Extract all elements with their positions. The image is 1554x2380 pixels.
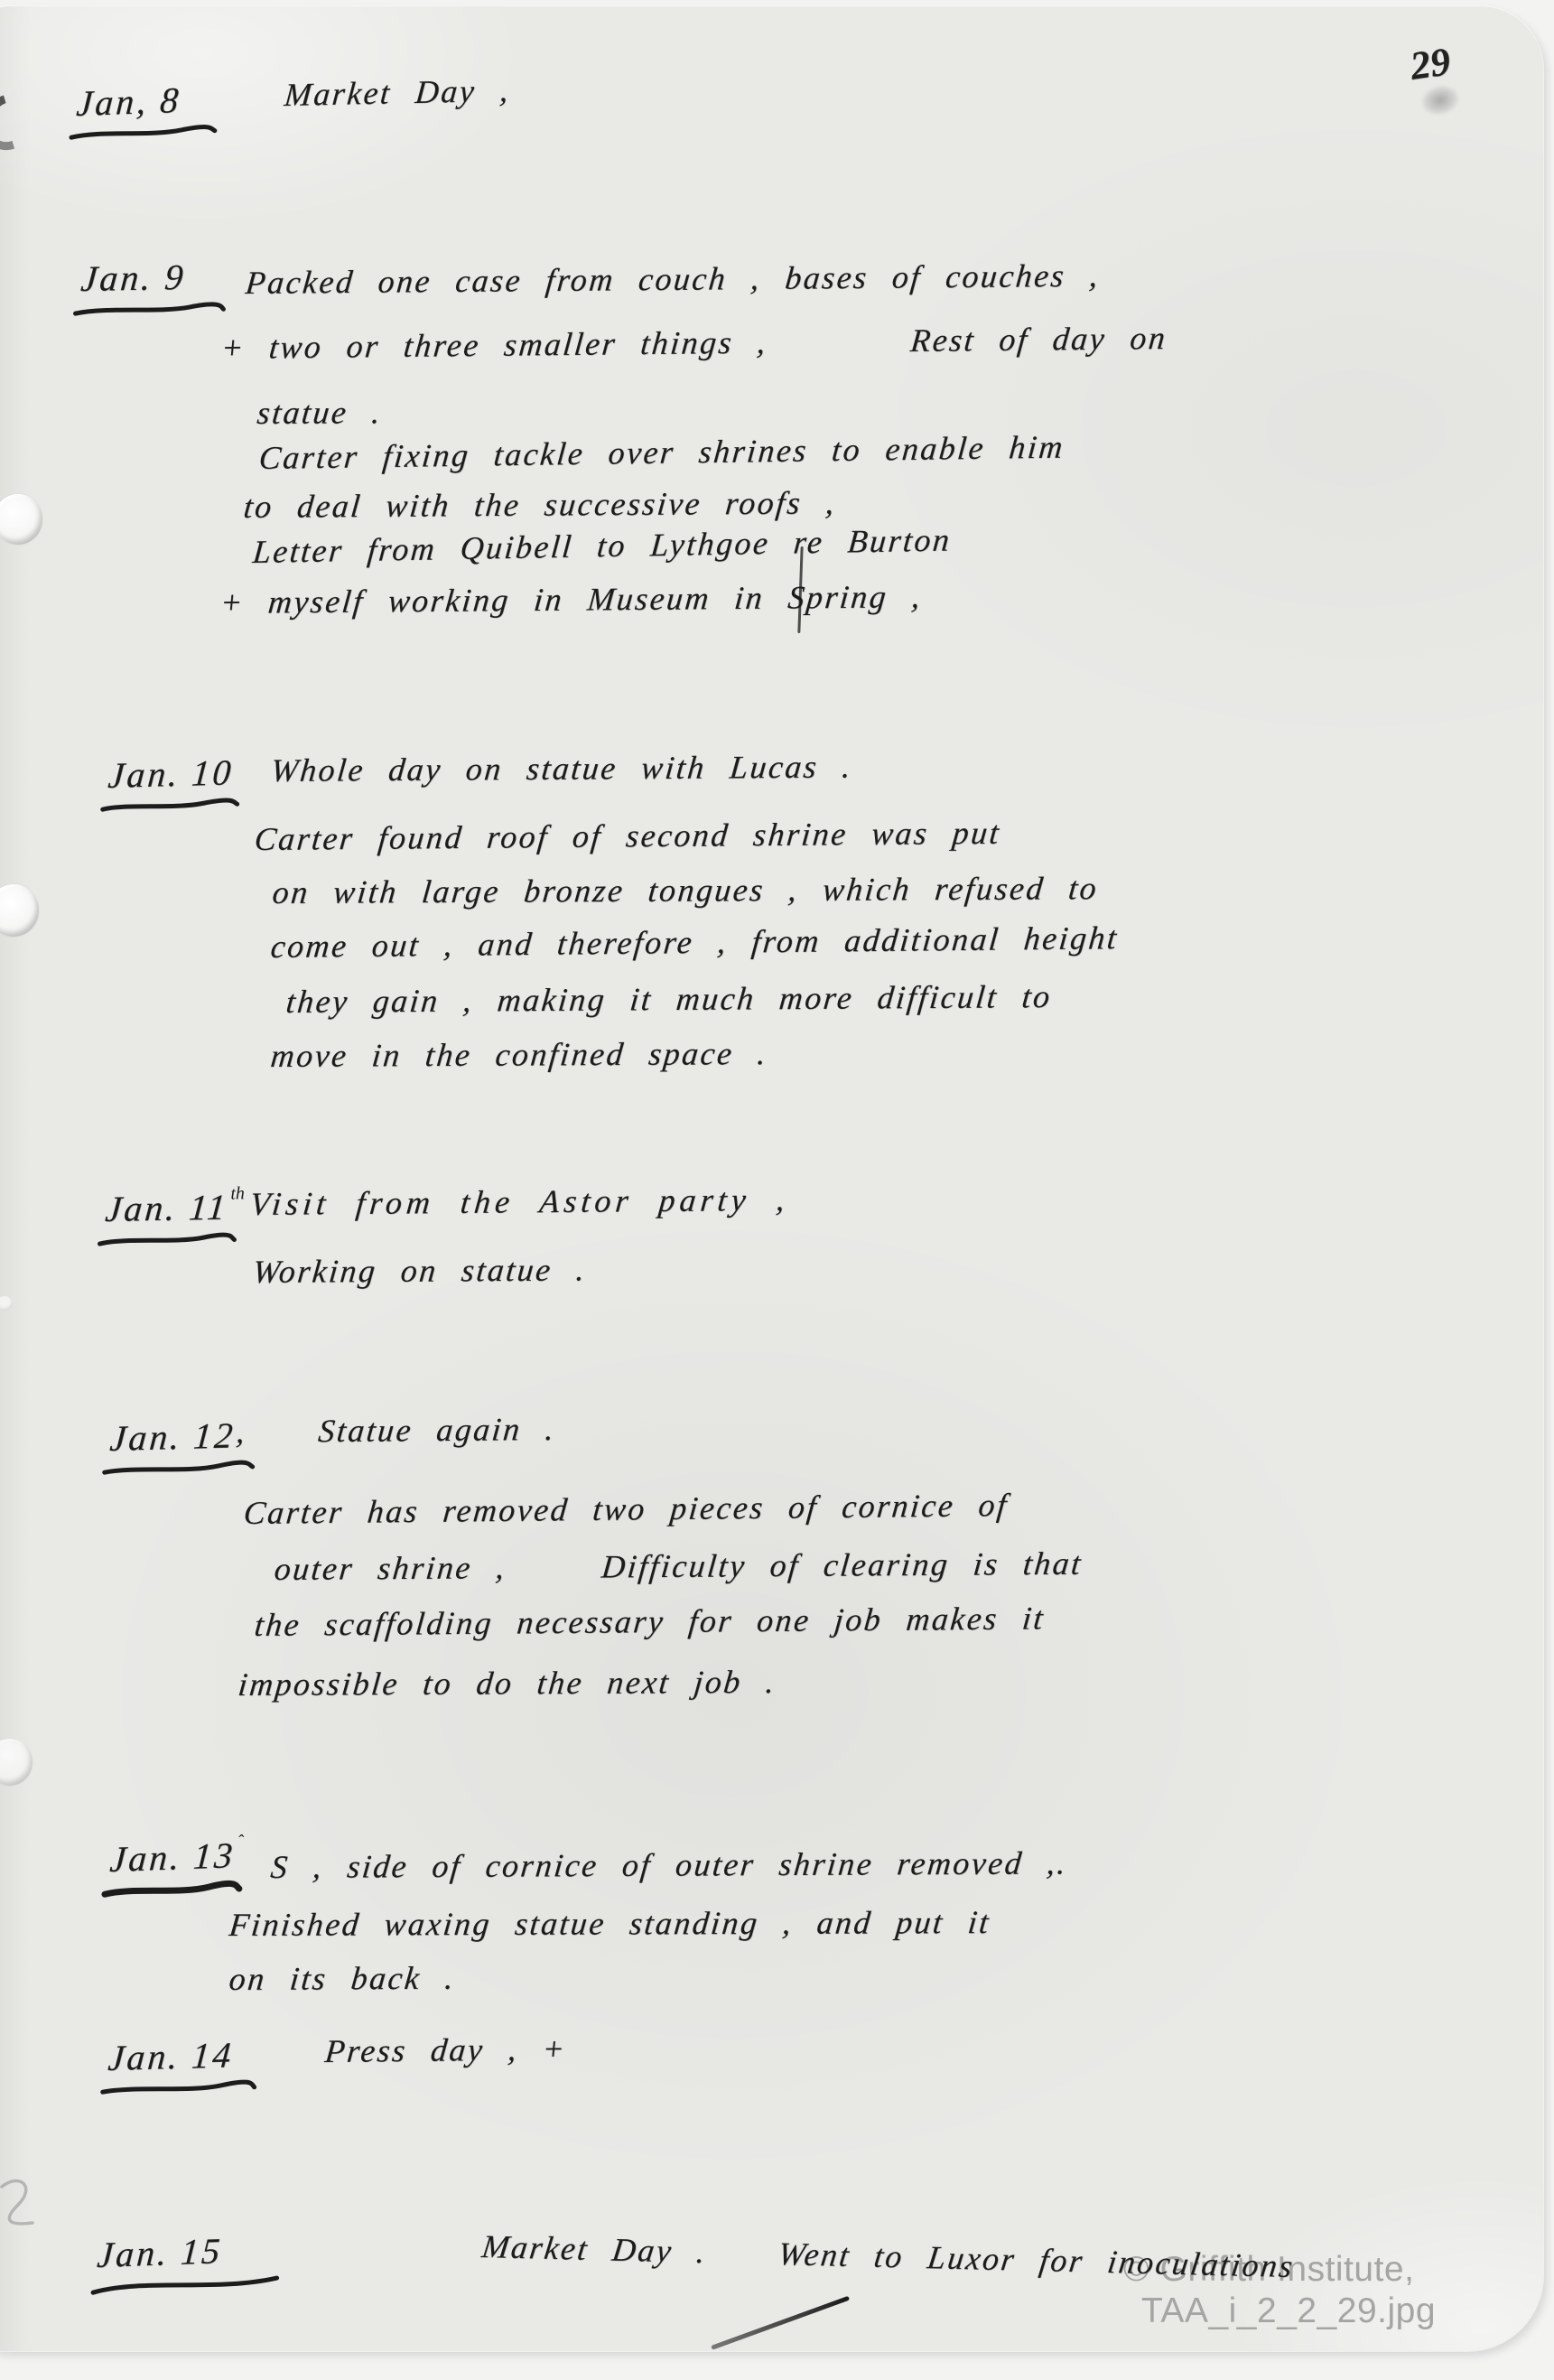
- handwritten-line: S , side of cornice of outer shrine remo…: [269, 1846, 1069, 1883]
- diary-entry-jan-9: Jan. 9 Packed one case from couch , base…: [0, 6, 1543, 2351]
- handwritten-line: move in the confined space .: [269, 1037, 769, 1072]
- handwritten-line: outer shrine , Difficulty of clearing is…: [273, 1547, 1084, 1585]
- entry-date: Jan, 8: [76, 78, 218, 141]
- handwritten-line: Letter from Quibell to Lythgoe re Burton: [251, 524, 953, 568]
- entry-date: Jan. 13ˆ: [109, 1834, 243, 1899]
- page-number: 29: [1408, 38, 1454, 89]
- handwritten-line: + myself working in Museum in Spring ,: [219, 580, 924, 619]
- handwritten-line: + two or three smaller things , Rest of …: [219, 322, 1168, 364]
- diary-entry-jan-15: Jan. 15 Market Day . Went to Luxor for i…: [0, 6, 1543, 2351]
- handwritten-line: Carter found roof of second shrine was p…: [253, 817, 1002, 855]
- diary-entry-jan-12: Jan. 12 , Statue again . Carter has remo…: [0, 6, 1543, 2351]
- hand-underline: [101, 1460, 255, 1476]
- diary-entry-jan-13: Jan. 13ˆ S , side of cornice of outer sh…: [0, 6, 1543, 2351]
- handwritten-line: statue .: [256, 396, 384, 429]
- pen-stroke: [797, 546, 803, 633]
- hand-underline: [69, 124, 218, 142]
- entry-date: Jan. 10: [107, 751, 240, 813]
- handwritten-line: Market Day ,: [283, 74, 511, 111]
- diary-entry-jan-14: Jan. 14 Press day , +: [0, 6, 1543, 2351]
- handwriting-layer: 29 Jan, 8 Market Day , Jan. 9 Packed one…: [0, 6, 1543, 2351]
- hand-underline: [72, 301, 226, 316]
- entry-date: Jan. 11th: [105, 1185, 242, 1246]
- diary-entry-jan-8: Jan, 8 Market Day ,: [0, 6, 1543, 2351]
- handwritten-line: Packed one case from couch , bases of co…: [244, 259, 1102, 299]
- pencil-mark: [0, 2172, 42, 2240]
- handwritten-line: Finished waxing statue standing , and pu…: [228, 1906, 992, 1941]
- entry-date: Jan. 9: [80, 255, 226, 316]
- handwritten-line: Press day , +: [323, 2032, 568, 2067]
- hand-underline: [97, 1231, 237, 1246]
- handwritten-line: they gain , making it much more difficul…: [284, 980, 1053, 1018]
- handwritten-line: Working on statue .: [251, 1253, 588, 1288]
- entry-date: Jan. 12: [109, 1414, 256, 1476]
- hand-underline: [99, 2079, 257, 2096]
- hand-underline: [99, 797, 239, 813]
- diary-entry-jan-11: Jan. 11th Visit from the Astor party , W…: [0, 6, 1543, 2351]
- handwritten-line: Market Day . Went to Luxor for inoculati…: [480, 2230, 1297, 2282]
- handwritten-line: Carter has removed two pieces of cornice…: [242, 1489, 1010, 1529]
- handwritten-line: on with large bronze tongues , which ref…: [271, 872, 1100, 909]
- handwritten-line: Whole day on statue with Lucas .: [269, 751, 854, 787]
- handwritten-line: to deal with the successive roofs ,: [242, 486, 838, 523]
- scanned-diary-page: © Griffith Institute, TAA_i_2_2_29.jpg 2…: [0, 6, 1543, 2351]
- handwritten-line: Carter fixing tackle over shrines to ena…: [257, 431, 1065, 474]
- entry-date: Jan. 14: [107, 2033, 258, 2095]
- entry-date: Jan. 15: [97, 2227, 284, 2298]
- hand-underline: [102, 1880, 242, 1899]
- handwritten-line: , Statue again .: [235, 1413, 557, 1448]
- handwritten-line: on its back .: [228, 1962, 457, 1995]
- handwritten-line: Visit from the Astor party ,: [248, 1183, 790, 1220]
- handwritten-line: the scaffolding necessary for one job ma…: [253, 1601, 1047, 1641]
- hand-underline: [89, 2273, 284, 2298]
- diary-entry-jan-10: Jan. 10 Whole day on statue with Lucas .…: [0, 6, 1543, 2351]
- pen-flourish: [711, 2296, 850, 2350]
- handwritten-line: impossible to do the next job .: [237, 1666, 777, 1701]
- handwritten-line: come out , and therefore , from addition…: [269, 921, 1120, 963]
